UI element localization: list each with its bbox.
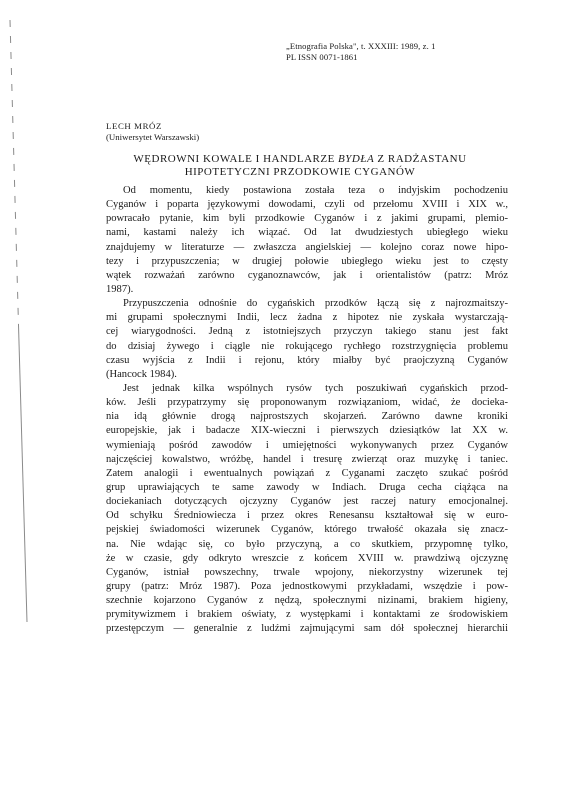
text-line: Od schyłku Średniowiecza i przez okres R… xyxy=(106,509,508,523)
text-line: ków. Jeśli przypatrzymy się proponowanym… xyxy=(106,396,508,410)
text-line: Jest jednak kilka wspólnych rysów tych p… xyxy=(106,382,508,396)
text-line: Zatem analogii i ewentualnych powiązań z… xyxy=(106,467,508,481)
text-line: dociekaniach dotyczących ojczyzny Cyganó… xyxy=(106,495,508,509)
text-line: nia idą głównie drogą najprostszych skoj… xyxy=(106,410,508,424)
text-line: (Hancock 1984). xyxy=(106,368,508,382)
journal-citation-header: „Etnografia Polska", t. XXXIII: 1989, z.… xyxy=(286,41,435,62)
paragraph: Przypuszczenia odnośnie do cygańskich pr… xyxy=(106,297,508,382)
title-part: Z RADŻASTANU xyxy=(374,153,466,165)
text-line: wymieniają pośród zawodów i umiejętności… xyxy=(106,439,508,453)
text-line: nami, kastami należy ich wiązać. Od lat … xyxy=(106,226,508,240)
title-line-1: WĘDROWNI KOWALE I HANDLARZE BYDŁA Z RADŻ… xyxy=(80,153,520,166)
text-line: Od momentu, kiedy postawiona została tez… xyxy=(106,184,508,198)
text-line: europejskie, jak i badacze XIX-wieczni i… xyxy=(106,424,508,438)
text-line: grupy (patrz: Mróz 1987). Poza jednostko… xyxy=(106,580,508,594)
text-line: powracało pytanie, kim byli przodkowie C… xyxy=(106,212,508,226)
text-line: że w czasie, gdy odkryto wreszcie z końc… xyxy=(106,552,508,566)
author-affiliation: (Uniwersytet Warszawski) xyxy=(106,132,199,143)
author-block: LECH MRÓZ (Uniwersytet Warszawski) xyxy=(106,121,199,142)
paragraph: Od momentu, kiedy postawiona została tez… xyxy=(106,184,508,297)
scan-margin-line xyxy=(0,0,40,800)
text-line: grup uprawiających te same zawody w Indi… xyxy=(106,481,508,495)
text-line: 1987). xyxy=(106,283,508,297)
text-line: przestępczym — generalnie z ludźmi zajmu… xyxy=(106,622,508,636)
journal-citation: „Etnografia Polska", t. XXXIII: 1989, z.… xyxy=(286,41,435,52)
text-line: Przypuszczenia odnośnie do cygańskich pr… xyxy=(106,297,508,311)
author-name: LECH MRÓZ xyxy=(106,121,199,132)
text-line: tezy i przypuszczenia; w drugiej połowie… xyxy=(106,255,508,269)
text-line: na. Nie wdając się, co było przyczyną, a… xyxy=(106,538,508,552)
text-line: szechnie kojarzono Cyganów z nędzą, społ… xyxy=(106,594,508,608)
text-line: czasu wyjścia z Indii i rejonu, który mi… xyxy=(106,354,508,368)
title-line-2: HIPOTETYCZNI PRZODKOWIE CYGANÓW xyxy=(80,166,520,179)
text-line: najczęściej kowalstwo, wróżbę, handel i … xyxy=(106,453,508,467)
text-line: mi grupami społecznymi Indii, lecz żadna… xyxy=(106,311,508,325)
text-line: cej wiarygodności. Jedną z istotniejszyc… xyxy=(106,325,508,339)
text-line: Cyganów, istniał powszechny, trwale wpoj… xyxy=(106,566,508,580)
article-body: Od momentu, kiedy postawiona została tez… xyxy=(106,184,508,637)
text-line: Cyganów i poparta językowymi dowodami, c… xyxy=(106,198,508,212)
text-line: pejskiej świadomości wizerunek Cyganów, … xyxy=(106,523,508,537)
text-line: prymitywizmem i brakiem oświaty, z wystę… xyxy=(106,608,508,622)
article-title: WĘDROWNI KOWALE I HANDLARZE BYDŁA Z RADŻ… xyxy=(80,153,520,178)
text-line: do dzisiaj żywego i ciągle nie rokująceg… xyxy=(106,340,508,354)
text-line: wątek rozważań zarówno cyganoznawców, ja… xyxy=(106,269,508,283)
title-italic-word: BYDŁA xyxy=(338,153,374,165)
issn-line: PL ISSN 0071-1861 xyxy=(286,52,435,63)
paragraph: Jest jednak kilka wspólnych rysów tych p… xyxy=(106,382,508,637)
title-part: WĘDROWNI KOWALE I HANDLARZE xyxy=(133,153,338,165)
text-line: znajdujemy w literaturze — zwłaszcza ang… xyxy=(106,241,508,255)
